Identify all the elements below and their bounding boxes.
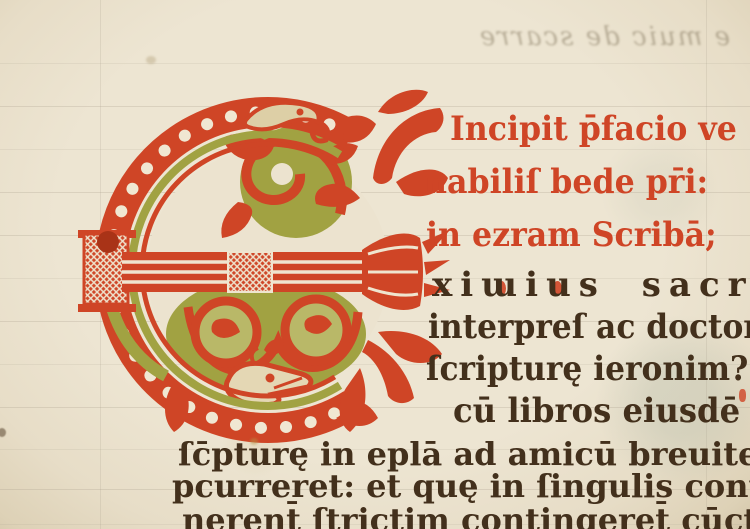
stain-spot (0, 428, 6, 437)
text-line: xiɯius sacrę (432, 268, 750, 302)
stain-spot (146, 56, 156, 64)
text-line: cū libros eiusdē (453, 394, 740, 428)
rubric-line: in ezram Scribā; (426, 218, 717, 252)
text-line-partial: nerent̄ ſtrictim contingeret̄ cūcta (182, 504, 750, 529)
illuminated-initial-e (78, 82, 450, 464)
rubric-line: Incipit p̄facio ve (450, 112, 737, 146)
show-through-text: e muic de scarre (455, 22, 730, 52)
text-line: ſcripturę ieronim? (426, 352, 748, 386)
stain-spot (250, 438, 258, 445)
text-line: ſc̄pturę in eplā ad amicū breuiter (178, 438, 750, 470)
red-ink-fleck (739, 389, 746, 402)
ruling-line (0, 63, 750, 64)
text-line: interpreſ ac doctor (428, 310, 750, 344)
text-line: pcurreret: et quę in ſingulis conti (172, 470, 750, 502)
rubric-line: nabiliſ bede pr̄i: (424, 165, 708, 199)
parchment-page: e muic de scarre (0, 0, 750, 529)
